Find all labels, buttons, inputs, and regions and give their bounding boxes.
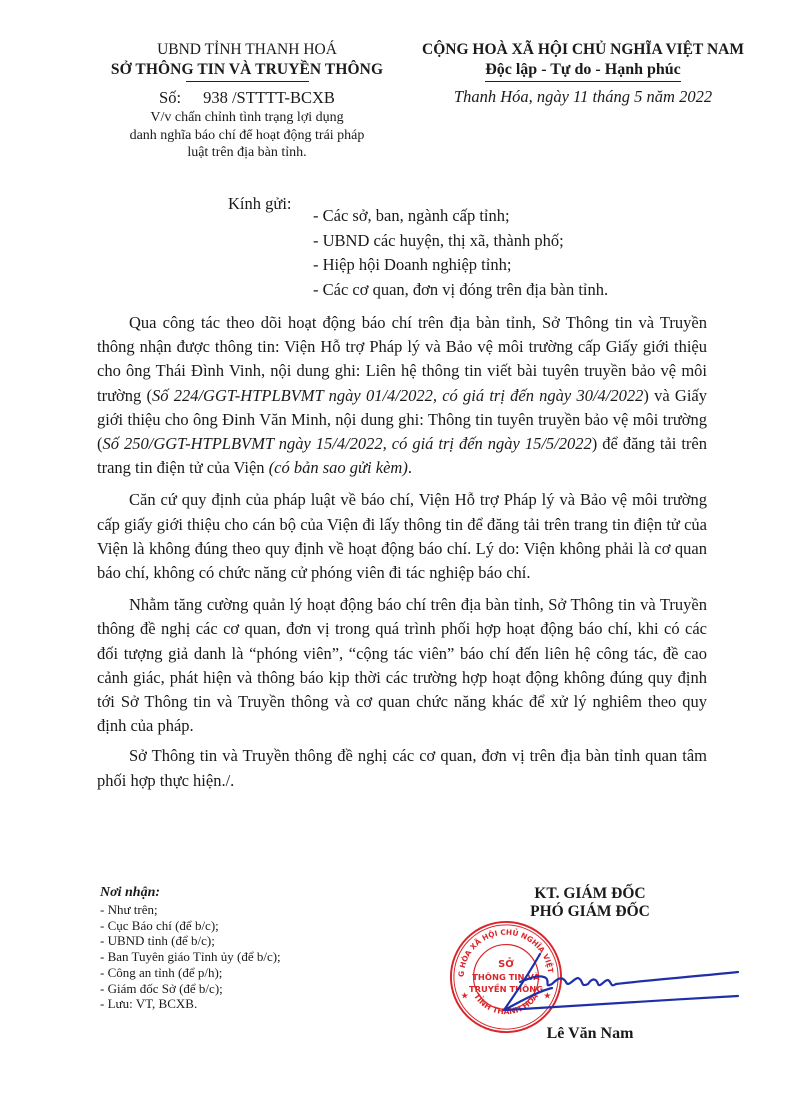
parent-agency: UBND TỈNH THANH HOÁ — [92, 40, 402, 60]
signature-block: KT. GIÁM ĐỐC PHÓ GIÁM ĐỐC Lê Văn Nam — [470, 885, 710, 921]
signer-name: Lê Văn Nam — [470, 1025, 710, 1043]
subject-line: V/v chấn chỉnh tình trạng lợi dụng — [92, 109, 402, 127]
svg-text:★: ★ — [461, 992, 469, 1002]
distribution-title: Nơi nhận: — [100, 885, 281, 901]
document-number-value: 938 /STTTT-BCXB — [203, 88, 335, 107]
distribution-list: - Như trên; - Cục Báo chí (để b/c); - UB… — [100, 902, 281, 1012]
subject-line: danh nghĩa báo chí để hoạt động trái phá… — [92, 127, 402, 145]
body-paragraph-1: Qua công tác theo dõi hoạt động báo chí … — [97, 311, 707, 480]
distribution-item: - Công an tỉnh (để p/h); — [100, 965, 281, 981]
distribution-block: Nơi nhận: - Như trên; - Cục Báo chí (để … — [100, 885, 281, 1012]
distribution-item: - Như trên; — [100, 902, 281, 918]
subject-line: luật trên địa bàn tỉnh. — [92, 144, 402, 162]
document-number: Số:938 /STTTT-BCXB — [92, 87, 402, 109]
signer-authority: KT. GIÁM ĐỐC — [470, 885, 710, 903]
body-paragraph-4: Sở Thông tin và Truyền thông đề nghị các… — [97, 744, 707, 792]
addressee-item: - Các sở, ban, ngành cấp tỉnh; — [313, 204, 608, 229]
addressee-list: - Các sở, ban, ngành cấp tỉnh; - UBND cá… — [313, 204, 608, 302]
national-header-block: CỘNG HOÀ XÃ HỘI CHỦ NGHĨA VIỆT NAM Độc l… — [403, 40, 763, 108]
distribution-item: - Giám đốc Sở (để b/c); — [100, 981, 281, 997]
country-name: CỘNG HOÀ XÃ HỘI CHỦ NGHĨA VIỆT NAM — [403, 40, 763, 60]
header-underline — [186, 81, 309, 82]
addressee-item: - Các cơ quan, đơn vị đóng trên địa bàn … — [313, 278, 608, 303]
addressee-label: Kính gửi: — [228, 193, 292, 215]
issuing-authority-block: UBND TỈNH THANH HOÁ SỞ THÔNG TIN VÀ TRUY… — [92, 40, 402, 162]
signer-title: PHÓ GIÁM ĐỐC — [470, 903, 710, 921]
letter-body: Qua công tác theo dõi hoạt động báo chí … — [97, 311, 707, 801]
addressee-item: - Hiệp hội Doanh nghiệp tỉnh; — [313, 253, 608, 278]
body-paragraph-2: Căn cứ quy định của pháp luật về báo chí… — [97, 488, 707, 585]
document-number-label: Số: — [159, 88, 181, 107]
distribution-item: - UBND tỉnh (để b/c); — [100, 933, 281, 949]
document-subject: V/v chấn chỉnh tình trạng lợi dụng danh … — [92, 109, 402, 162]
body-paragraph-3: Nhằm tăng cường quản lý hoạt động báo ch… — [97, 593, 707, 738]
handwritten-signature-icon — [500, 948, 740, 1018]
distribution-item: - Cục Báo chí (để b/c); — [100, 918, 281, 934]
department-name: SỞ THÔNG TIN VÀ TRUYỀN THÔNG — [92, 60, 402, 80]
distribution-item: - Lưu: VT, BCXB. — [100, 996, 281, 1012]
national-motto: Độc lập - Tự do - Hạnh phúc — [485, 60, 681, 82]
distribution-item: - Ban Tuyên giáo Tỉnh ủy (để b/c); — [100, 949, 281, 965]
place-and-date: Thanh Hóa, ngày 11 tháng 5 năm 2022 — [403, 86, 763, 108]
addressee-item: - UBND các huyện, thị xã, thành phố; — [313, 229, 608, 254]
